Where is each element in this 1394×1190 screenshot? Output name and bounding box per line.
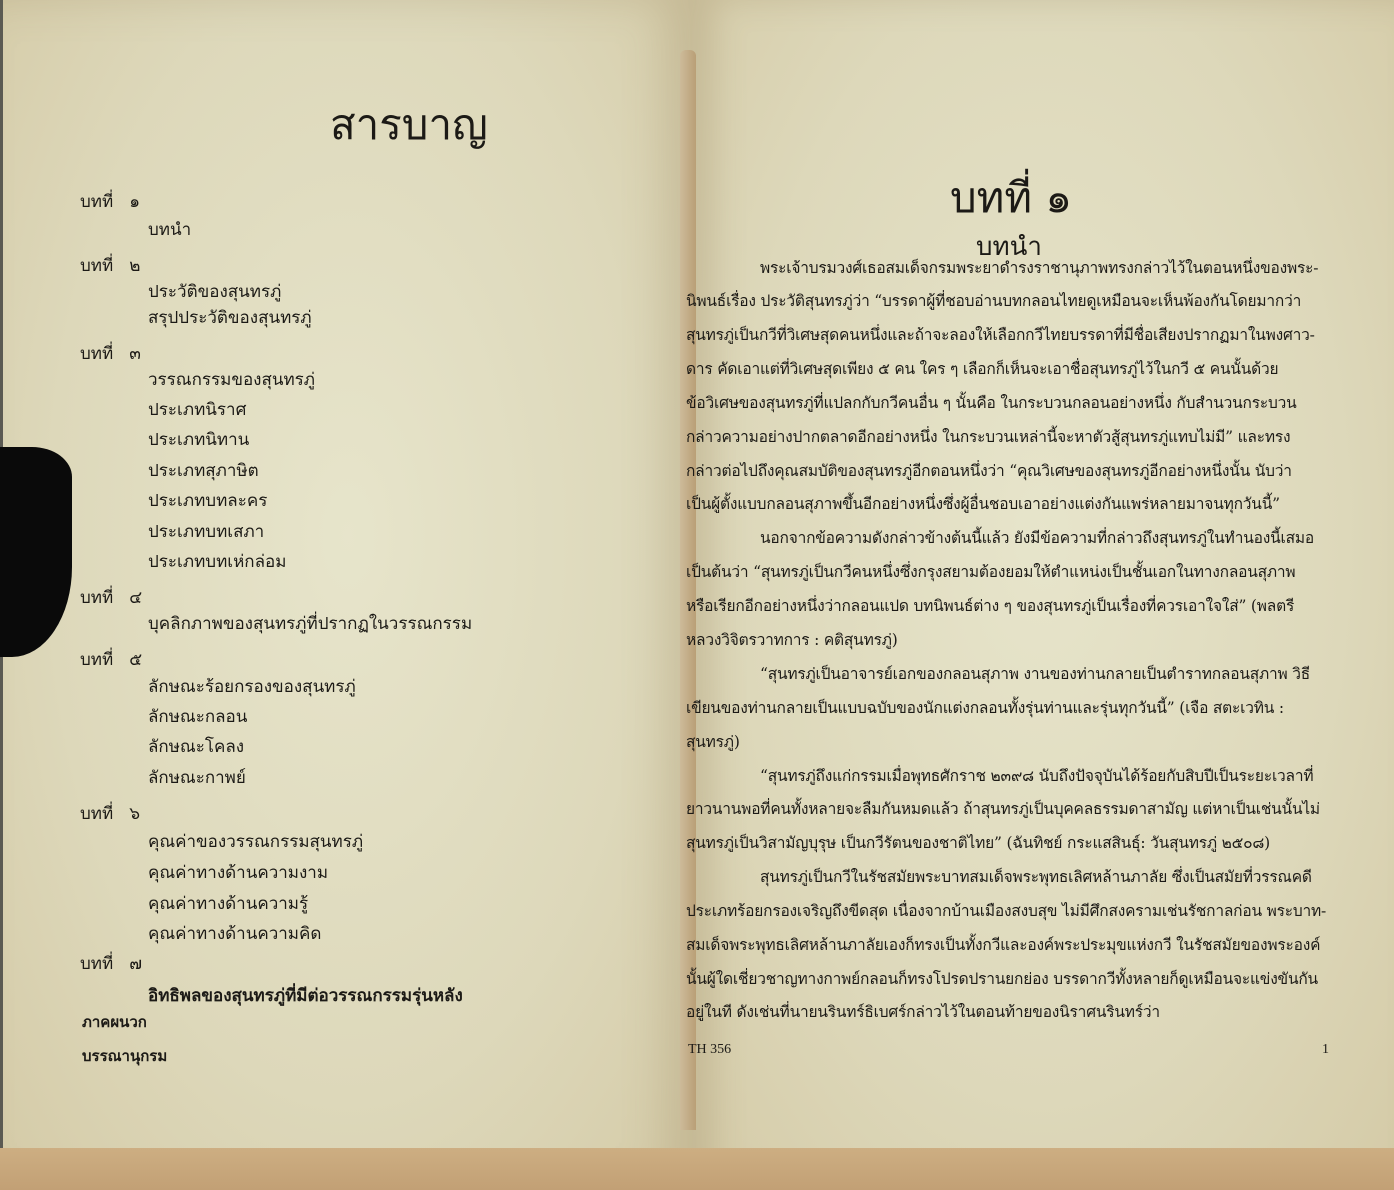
text-line: เป็นผู้ตั้งแบบกลอนสุภาพขึ้นอีกอย่างหนึ่ง… [686, 491, 1280, 516]
toc-entry: ลักษณะร้อยกรองของสุนทรภู่ [148, 673, 356, 700]
text-line: สุนทรภู่เป็นวิสามัญบุรุษ เป็นกวีรัตนของช… [686, 830, 1270, 855]
course-code: TH 356 [688, 1042, 731, 1058]
text-line: พระเจ้าบรมวงศ์เธอสมเด็จกรมพระยาดำรงราชาน… [760, 255, 1318, 280]
toc-entry: ประเภทนิทาน [148, 426, 249, 453]
text-line: “สุนทรภู่ถึงแก่กรรมเมื่อพุทธศักราช ๒๓๙๘ … [760, 763, 1313, 788]
text-line: “สุนทรภู่เป็นอาจารย์เอกของกลอนสุภาพ งานข… [760, 661, 1310, 686]
toc-entry: ประเภทนิราศ [148, 396, 246, 423]
chapter-label: บทที่ [80, 344, 113, 364]
page-number: 1 [1322, 1042, 1329, 1058]
text-line: นอกจากข้อความดังกล่าวข้างต้นนี้แล้ว ยังม… [760, 525, 1314, 550]
chapter-label: บทที่ [80, 804, 113, 824]
toc-entry: ลักษณะกลอน [148, 703, 247, 730]
chapter-number: ๑ [129, 192, 140, 212]
toc-entry: บุคลิกภาพของสุนทรภู่ที่ปรากฏในวรรณกรรม [148, 610, 472, 637]
text-line: นิพนธ์เรื่อง ประวัติสุนทรภู่ว่า “บรรดาผู… [686, 288, 1301, 313]
toc-chapter-heading: บทที่๓ [80, 340, 141, 367]
toc-entry: สรุปประวัติของสุนทรภู่ [148, 304, 312, 331]
chapter-label: บทที่ [80, 256, 113, 276]
chapter-number: ๕ [129, 650, 142, 670]
toc-entry: คุณค่าทางด้านความคิด [148, 920, 321, 947]
toc-chapter-heading: บทที่๕ [80, 646, 142, 673]
toc-entry: ลักษณะโคลง [148, 733, 244, 760]
toc-entry: ประเภทบทเห่กล่อม [148, 548, 286, 575]
toc-entry: ประเภทสุภาษิต [148, 457, 259, 484]
text-line: นั้นผู้ใดเชี่ยวชาญทางกาพย์กลอนก็ทรงโปรดป… [686, 966, 1318, 991]
chapter-label: บทที่ [80, 650, 113, 670]
text-line: กล่าวต่อไปถึงคุณสมบัติของสุนทรภู่อีกตอนห… [686, 458, 1292, 483]
toc-entry: วรรณกรรมของสุนทรภู่ [148, 366, 315, 393]
toc-entry: ประวัติของสุนทรภู่ [148, 278, 281, 305]
toc-chapter-heading: บทที่๑ [80, 188, 140, 215]
text-line: สุนทรภู่เป็นกวีในรัชสมัยพระบาทสมเด็จพระพ… [760, 864, 1312, 889]
chapter-label: บทที่ [80, 588, 113, 608]
text-line: สุนทรภู่) [686, 729, 740, 754]
toc-entry: คุณค่าของวรรณกรรมสุนทรภู่ [148, 828, 363, 855]
toc-entry: บทนำ [148, 216, 191, 243]
toc-entry: ประเภทบทเสภา [148, 518, 264, 545]
chapter-number: ๖ [129, 804, 140, 824]
text-line: ประเภทร้อยกรองเจริญถึงขีดสุด เนื่องจากบ้… [686, 898, 1326, 923]
toc-entry: คุณค่าทางด้านความงาม [148, 859, 328, 886]
text-line: เขียนของท่านกลายเป็นแบบฉบับของนักแต่งกลอ… [686, 695, 1284, 720]
text-line: เป็นต้นว่า “สุนทรภู่เป็นกวีคนหนึ่งซึ่งกร… [686, 559, 1295, 584]
toc-entry: ลักษณะกาพย์ [148, 764, 246, 791]
toc-back-matter: ภาคผนวก [82, 1010, 147, 1034]
text-line: สมเด็จพระพุทธเลิศหล้านภาลัยเองก็ทรงเป็นท… [686, 932, 1320, 957]
toc-chapter-heading: บทที่๗ [80, 950, 142, 977]
toc-back-matter: บรรณานุกรม [82, 1044, 167, 1068]
toc-entry: คุณค่าทางด้านความรู้ [148, 890, 308, 917]
chapter-number: ๗ [129, 954, 142, 974]
toc-chapter-heading: บทที่๖ [80, 800, 140, 827]
chapter-label: บทที่ [80, 954, 113, 974]
chapter-number: ๓ [129, 344, 141, 364]
toc-entry: อิทธิพลของสุนทรภู่ที่มีต่อวรรณกรรมรุ่นหล… [148, 982, 463, 1009]
toc-entry: ประเภทบทละคร [148, 487, 267, 514]
text-line: หรือเรียกอีกอย่างหนึ่งว่ากลอนแปด บทนิพนธ… [686, 593, 1294, 618]
table-surface [0, 1148, 1394, 1190]
chapter-label: บทที่ [80, 192, 113, 212]
chapter-number: ๔ [129, 588, 142, 608]
toc-chapter-heading: บทที่๒ [80, 252, 140, 279]
text-line: สุนทรภู่เป็นกวีที่วิเศษสุดคนหนึ่งและถ้าจ… [686, 322, 1315, 347]
chapter-title: บทที่ ๑ [950, 165, 1072, 231]
text-line: อยู่ในที ดังเช่นที่นายนรินทร์ธิเบศร์กล่า… [686, 999, 1160, 1024]
text-line: กล่าวความอย่างปากตลาดอีกอย่างหนึ่ง ในกระ… [686, 424, 1290, 449]
text-line: ข้อวิเศษของสุนทรภู่ที่แปลกกับกวีคนอื่น ๆ… [686, 390, 1297, 415]
text-line: ดาร คัดเอาแต่ที่วิเศษสุดเพียง ๕ คน ใคร ๆ… [686, 356, 1278, 381]
text-line: หลวงวิจิตรวาทการ : คติสุนทรภู่) [686, 627, 898, 652]
text-line: ยาวนานพอที่คนทั้งหลายจะลืมกันหมดแล้ว ถ้า… [686, 796, 1320, 821]
toc-chapter-heading: บทที่๔ [80, 584, 142, 611]
chapter-number: ๒ [129, 256, 140, 276]
toc-title: สารบาญ [330, 92, 488, 158]
